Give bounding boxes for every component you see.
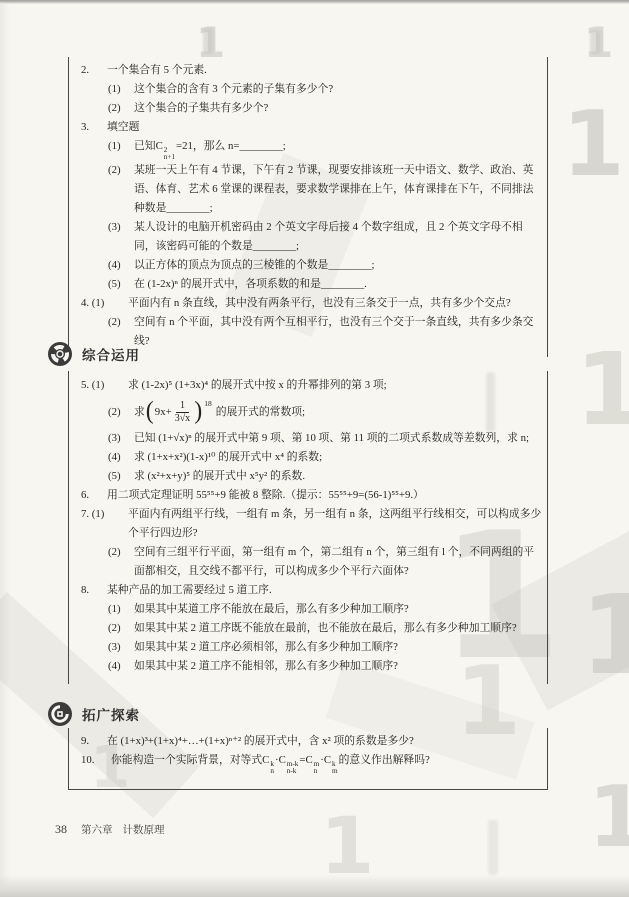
scan-top-edge bbox=[0, 0, 629, 4]
page-footer: 38 第六章 计数原理 bbox=[55, 822, 165, 837]
question-number: (2) bbox=[108, 543, 134, 562]
question-number: (3) bbox=[108, 638, 134, 657]
q3-1: (1) 已知C2n+1=21，那么 n=________; bbox=[69, 137, 547, 161]
q8-3: (3) 如果其中某 2 道工序必须相邻，那么有多少种加工顺序? bbox=[69, 638, 547, 657]
question-number: (2) bbox=[108, 99, 134, 118]
question-number: 8. bbox=[81, 581, 107, 600]
formula-post: 的展开式的常数项; bbox=[216, 403, 305, 422]
scan-bottom-edge bbox=[0, 875, 629, 897]
q7-2: (2) 空间有三组平行平面，第一组有 m 个，第二组有 n 个，第三组有 l 个… bbox=[69, 543, 547, 581]
watermark-digit: 1 bbox=[588, 775, 629, 860]
q3: 3. 填空题 bbox=[69, 118, 547, 137]
fraction-numerator: 1 bbox=[176, 400, 189, 413]
combination-subscript: n bbox=[314, 768, 318, 775]
page-number: 38 bbox=[55, 822, 67, 837]
formula-post: =21，那么 n=________; bbox=[176, 140, 286, 152]
aperture-circle-icon bbox=[47, 341, 73, 367]
question-number: (2) bbox=[108, 619, 134, 638]
extended-exploration-header: 拓广探索 bbox=[47, 701, 140, 727]
formula-pre: 你能构造一个实际背景，对等式 bbox=[111, 754, 262, 766]
comprehensive-application-header: 综合运用 bbox=[47, 341, 140, 367]
question-text: 空间有三组平行平面，第一组有 m 个，第二组有 n 个，第三组有 l 个，不同两… bbox=[134, 543, 547, 581]
question-text: 平面内有 n 条直线，其中没有两条平行，也没有三条交于一点，共有多少个交点? bbox=[128, 294, 547, 313]
question-text: 如果其中某 2 道工序既不能放在最前，也不能放在最后，那么有多少种加工顺序? bbox=[134, 619, 547, 638]
q5-1: 5. (1) 求 (1-2x)⁵ (1+3x)⁴ 的展开式中按 x 的升幂排列的… bbox=[69, 376, 547, 395]
combination-scripts: 2n+1 bbox=[164, 147, 175, 161]
question-number: (2) bbox=[108, 161, 134, 180]
textbook-page: 1 1 1 1 1 1 1 1 1 1 2. 一个集合有 5 个元素. (1) … bbox=[0, 0, 629, 897]
question-number: (5) bbox=[108, 275, 134, 294]
question-number: (4) bbox=[108, 657, 134, 676]
q8-4: (4) 如果其中某 2 道工序不能相邻，那么有多少种加工顺序? bbox=[69, 657, 547, 676]
question-text: 求 (1+x+x²)(1-x)¹⁰ 的展开式中 x⁴ 的系数; bbox=[134, 448, 547, 467]
combination-scripts: mn bbox=[314, 761, 320, 775]
scan-splotch bbox=[203, 28, 213, 54]
q8: 8. 某种产品的加工需要经过 5 道工序. bbox=[69, 581, 547, 600]
open-paren: ( bbox=[145, 398, 155, 423]
combination-scripts: kn bbox=[270, 761, 274, 775]
question-number: 6. bbox=[81, 486, 107, 505]
fraction: 13√x bbox=[173, 400, 193, 425]
question-text: 某班一天上午有 4 节课，下午有 2 节课，现要安排该班一天中语文、数学、政治、… bbox=[134, 161, 547, 218]
question-number: (1) bbox=[108, 137, 134, 156]
q6: 6. 用二项式定理证明 55⁵⁵+9 能被 8 整除.（提示：55⁵⁵+9=(5… bbox=[69, 486, 547, 505]
question-number: 3. bbox=[81, 118, 107, 137]
combination-subscript: n-k bbox=[287, 768, 297, 775]
question-formula: 求(9x+13√x)18的展开式的常数项; bbox=[134, 400, 547, 425]
chapter-title: 计数原理 bbox=[123, 822, 165, 837]
watermark-digit: 1 bbox=[575, 340, 629, 440]
q4-1: 4. (1) 平面内有 n 条直线，其中没有两条平行，也没有三条交于一点，共有多… bbox=[69, 294, 547, 313]
question-formula: 你能构造一个实际背景，对等式Ckn·Cm-kn-k=Cmn·Ckm的意义作出解释… bbox=[111, 751, 547, 775]
formula-post: 的意义作出解释吗? bbox=[339, 754, 430, 766]
review-exercises-section: 2. 一个集合有 5 个元素. (1) 这个集合的含有 3 个元素的子集有多少个… bbox=[68, 57, 548, 357]
question-text: 空间有 n 个平面，其中没有两个互相平行，也没有三个交于一条直线，共有多少条交线… bbox=[134, 313, 547, 351]
question-number: (4) bbox=[108, 448, 134, 467]
question-number: (3) bbox=[108, 218, 134, 237]
question-number: 2. bbox=[81, 61, 107, 80]
chapter-label: 第六章 bbox=[81, 822, 113, 837]
q2-2: (2) 这个集合的子集共有多少个? bbox=[69, 99, 547, 118]
q5-5: (5) 求 (x²+x+y)⁵ 的展开式中 x⁵y² 的系数. bbox=[69, 467, 547, 486]
question-number: 5. (1) bbox=[81, 376, 128, 395]
watermark-digit: 1 bbox=[580, 580, 629, 690]
combination-scripts: km bbox=[332, 761, 338, 775]
combination-subscript: m bbox=[332, 768, 338, 775]
q5-3: (3) 已知 (1+√x)ⁿ 的展开式中第 9 项、第 10 项、第 11 项的… bbox=[69, 429, 547, 448]
q8-2: (2) 如果其中某 2 道工序既不能放在最前，也不能放在最后，那么有多少种加工顺… bbox=[69, 619, 547, 638]
combination-c: C bbox=[279, 754, 286, 766]
question-number: (4) bbox=[108, 256, 134, 275]
combination-subscript: n+1 bbox=[164, 154, 175, 161]
question-number: 7. (1) bbox=[81, 505, 128, 524]
question-text: 填空题 bbox=[107, 118, 547, 137]
fraction-denominator: 3√x bbox=[173, 413, 193, 425]
q3-3: (3) 某人设计的电脑开机密码由 2 个英文字母后接 4 个数字组成，且 2 个… bbox=[69, 218, 547, 256]
question-number: (3) bbox=[108, 429, 134, 448]
scan-splotch bbox=[488, 820, 498, 875]
question-text: 在 (1+x)³+(1+x)⁴+…+(1+x)ⁿ⁺² 的展开式中，含 x² 项的… bbox=[107, 732, 547, 751]
q10: 10. 你能构造一个实际背景，对等式Ckn·Cm-kn-k=Cmn·Ckm的意义… bbox=[69, 751, 547, 775]
question-text: 如果其中某 2 道工序不能相邻，那么有多少种加工顺序? bbox=[134, 657, 547, 676]
question-text: 已知C2n+1=21，那么 n=________; bbox=[134, 137, 547, 161]
q2-1: (1) 这个集合的含有 3 个元素的子集有多少个? bbox=[69, 80, 547, 99]
q4-2: (2) 空间有 n 个平面，其中没有两个互相平行，也没有三个交于一条直线，共有多… bbox=[69, 313, 547, 351]
scan-left-shade bbox=[0, 0, 10, 897]
question-number: (1) bbox=[108, 80, 134, 99]
question-number: (1) bbox=[108, 600, 134, 619]
q5-2: (2) 求(9x+13√x)18的展开式的常数项; bbox=[69, 395, 547, 429]
q8-1: (1) 如果其中某道工序不能放在最后，那么有多少种加工顺序? bbox=[69, 600, 547, 619]
combination-c: C bbox=[305, 754, 312, 766]
watermark-digit: 1 bbox=[562, 100, 625, 190]
exponent: 18 bbox=[204, 394, 212, 413]
question-text: 这个集合的子集共有多少个? bbox=[134, 99, 547, 118]
question-number: (5) bbox=[108, 467, 134, 486]
comprehensive-application-section: 5. (1) 求 (1-2x)⁵ (1+3x)⁴ 的展开式中按 x 的升幂排列的… bbox=[68, 371, 548, 684]
formula-pre: 求 bbox=[134, 403, 145, 422]
question-text: 平面内有两组平行线，一组有 m 条，另一组有 n 条，这两组平行线相交，可以构成… bbox=[128, 505, 547, 543]
q3-4: (4) 以正方体的顶点为顶点的三棱锥的个数是________; bbox=[69, 256, 547, 275]
question-number: 9. bbox=[81, 732, 107, 751]
question-text: 如果其中某道工序不能放在最后，那么有多少种加工顺序? bbox=[134, 600, 547, 619]
combination-c: C bbox=[324, 754, 331, 766]
section-title: 拓广探索 bbox=[82, 704, 140, 724]
q3-5: (5) 在 (1-2x)ⁿ 的展开式中，各项系数的和是________. bbox=[69, 275, 547, 294]
formula-pre: 已知C bbox=[134, 140, 163, 152]
combination-subscript: n bbox=[270, 768, 274, 775]
combination-c: C bbox=[262, 754, 269, 766]
question-text: 某种产品的加工需要经过 5 道工序. bbox=[107, 581, 547, 600]
q2: 2. 一个集合有 5 个元素. bbox=[69, 61, 547, 80]
question-number: (2) bbox=[108, 403, 134, 422]
question-text: 以正方体的顶点为顶点的三棱锥的个数是________; bbox=[134, 256, 547, 275]
question-text: 已知 (1+√x)ⁿ 的展开式中第 9 项、第 10 项、第 11 项的二项式系… bbox=[134, 429, 547, 448]
spiral-circle-icon bbox=[47, 701, 73, 727]
extended-exploration-section: 9. 在 (1+x)³+(1+x)⁴+…+(1+x)ⁿ⁺² 的展开式中，含 x²… bbox=[68, 728, 548, 790]
question-text: 这个集合的含有 3 个元素的子集有多少个? bbox=[134, 80, 547, 99]
question-text: 求 (1-2x)⁵ (1+3x)⁴ 的展开式中按 x 的升幂排列的第 3 项; bbox=[128, 376, 547, 395]
q3-2: (2) 某班一天上午有 4 节课，下午有 2 节课，现要安排该班一天中语文、数学… bbox=[69, 161, 547, 218]
question-text: 某人设计的电脑开机密码由 2 个英文字母后接 4 个数字组成，且 2 个英文字母… bbox=[134, 218, 547, 256]
question-number: 10. bbox=[81, 751, 111, 770]
q7-1: 7. (1) 平面内有两组平行线，一组有 m 条，另一组有 n 条，这两组平行线… bbox=[69, 505, 547, 543]
section-title: 综合运用 bbox=[82, 344, 140, 364]
q5-4: (4) 求 (1+x+x²)(1-x)¹⁰ 的展开式中 x⁴ 的系数; bbox=[69, 448, 547, 467]
formula-lead: 9x+ bbox=[155, 403, 172, 422]
question-text: 如果其中某 2 道工序必须相邻，那么有多少种加工顺序? bbox=[134, 638, 547, 657]
question-text: 求 (x²+x+y)⁵ 的展开式中 x⁵y² 的系数. bbox=[134, 467, 547, 486]
question-number: 4. (1) bbox=[81, 294, 128, 313]
question-text: 一个集合有 5 个元素. bbox=[107, 61, 547, 80]
question-text: 用二项式定理证明 55⁵⁵+9 能被 8 整除.（提示：55⁵⁵+9=(56-1… bbox=[107, 486, 547, 505]
question-text: 在 (1-2x)ⁿ 的展开式中，各项系数的和是________. bbox=[134, 275, 547, 294]
scan-splotch bbox=[590, 30, 601, 54]
question-number: (2) bbox=[108, 313, 134, 332]
close-paren: ) bbox=[193, 398, 203, 423]
q9: 9. 在 (1+x)³+(1+x)⁴+…+(1+x)ⁿ⁺² 的展开式中，含 x²… bbox=[69, 732, 547, 751]
combination-scripts: m-kn-k bbox=[287, 761, 299, 775]
